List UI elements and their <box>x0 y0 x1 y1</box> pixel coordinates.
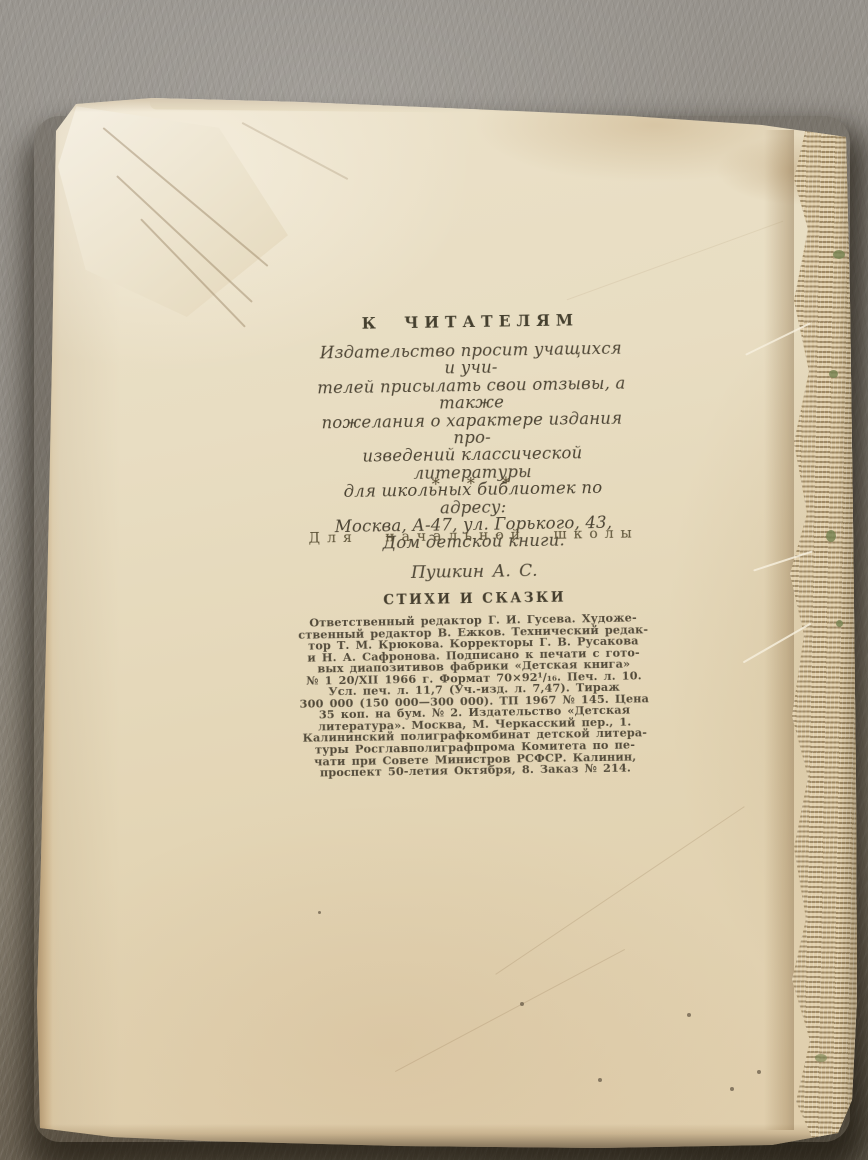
paper-crease <box>242 122 349 180</box>
dirt-speck <box>598 1078 602 1082</box>
bottom-page-edge <box>38 1124 850 1148</box>
author-name: Пушкин А. С. <box>244 558 704 585</box>
printed-text-column: К ЧИТАТЕЛЯМ Издательство просит учащихся… <box>240 296 700 303</box>
book-back-page: К ЧИТАТЕЛЯМ Издательство просит учащихся… <box>0 0 868 1160</box>
top-page-edge <box>56 96 848 112</box>
dirt-speck <box>757 1070 761 1074</box>
dirt-speck <box>730 1087 734 1091</box>
asterisk-separator: * * * <box>243 470 703 496</box>
green-fleck <box>829 370 838 378</box>
to-readers-heading: К ЧИТАТЕЛЯМ <box>240 308 700 334</box>
paper-wrinkle <box>567 221 783 301</box>
page-edge-shadow <box>764 130 794 1130</box>
paper-wrinkle <box>495 806 744 975</box>
book-title: СТИХИ И СКАЗКИ <box>245 587 705 610</box>
green-fleck <box>815 1054 827 1062</box>
green-fleck <box>836 620 843 627</box>
frayed-edge-fade <box>838 128 858 1142</box>
green-fleck <box>833 250 845 259</box>
colophon-imprint-block: Ответственный редактор Г. И. Гусева. Худ… <box>297 612 651 779</box>
dirt-speck <box>520 1002 524 1006</box>
publisher-appeal-paragraph: Издательство просит учащихся и учи- теле… <box>313 340 632 554</box>
torn-paper-flap <box>58 102 288 317</box>
photo-of-book-back-page: { "book_page": { "heading": "К ЧИТАТЕЛЯМ… <box>0 0 868 1160</box>
dirt-speck <box>687 1013 691 1017</box>
green-fleck <box>826 530 836 542</box>
dirt-speck <box>318 911 321 914</box>
paper-wrinkle <box>395 949 625 1072</box>
